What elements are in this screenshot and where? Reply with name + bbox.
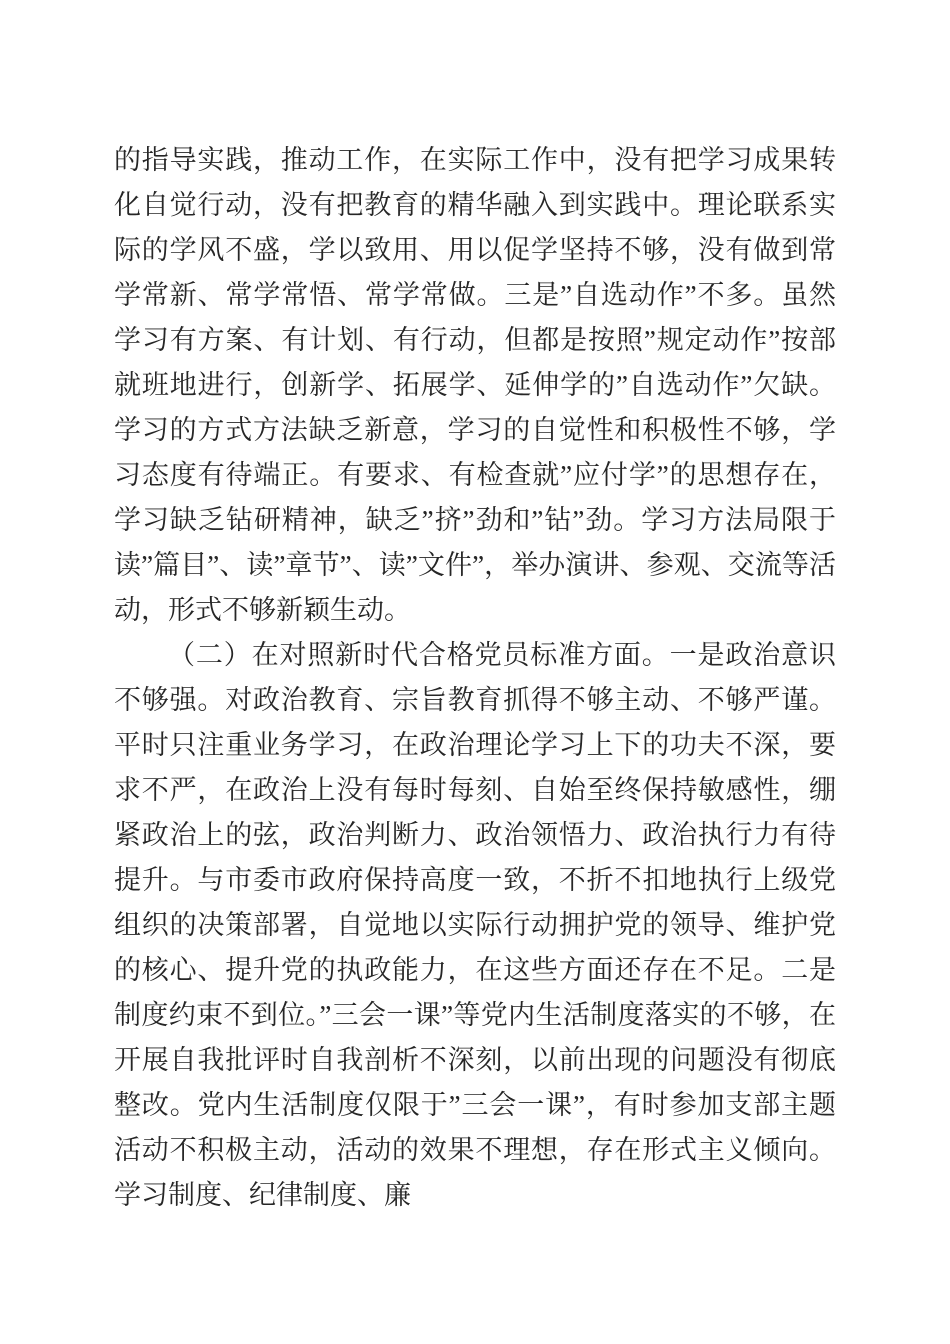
paragraph-continuation: 的指导实践，推动工作，在实际工作中，没有把学习成果转化自觉行动，没有把教育的精华… [114,138,836,633]
document-page: 的指导实践，推动工作，在实际工作中，没有把学习成果转化自觉行动，没有把教育的精华… [0,0,950,1344]
paragraph-section-2: （二）在对照新时代合格党员标准方面。一是政治意识不够强。对政治教育、宗旨教育抓得… [114,633,836,1218]
document-body: 的指导实践，推动工作，在实际工作中，没有把学习成果转化自觉行动，没有把教育的精华… [114,138,836,1218]
